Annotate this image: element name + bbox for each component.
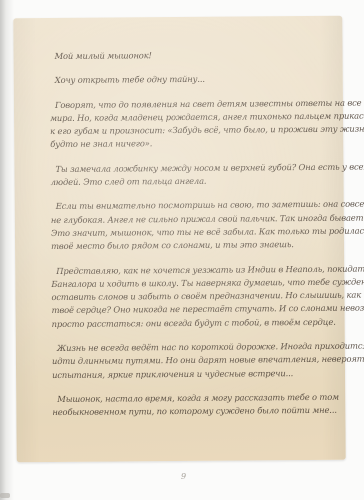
letter-line: Ты замечала ложбинку между носом и верхн… (50, 161, 329, 176)
letter-line: людей. Это след от пальца ангела. (51, 174, 330, 189)
letter-line: Мой милый мышонок! (50, 48, 329, 63)
letter-line: необыкновенном пути, по которому суждено… (52, 404, 331, 419)
letter-paragraph-india: Представляю, как не хочется уезжать из И… (51, 262, 331, 331)
page-number: 9 (181, 472, 186, 481)
photo-left-shadow (0, 0, 14, 500)
letter-body: Мой милый мышонок! Хочу открыть тебе одн… (13, 16, 345, 420)
letter-paragraph-greeting: Мой милый мышонок! (50, 48, 329, 63)
letter-line: будто не знал ничего». (50, 136, 329, 151)
letter-paragraph-not-forgotten: Если ты внимательно посмотришь на свою, … (51, 198, 330, 253)
letter-paragraph-long-road: Жизнь не всегда ведёт нас по короткой до… (52, 340, 331, 382)
scan-smudge (0, 493, 10, 498)
letter-paragraph-intro: Хочу открыть тебе одну тайну... (50, 72, 329, 87)
letter-line: просто расстаться: они всегда будут с то… (52, 316, 331, 331)
letter-paragraph-angel-tale: Говорят, что до появления на свет детям … (50, 96, 329, 151)
letter-line: Хочу открыть тебе одну тайну... (50, 72, 329, 87)
letter-sheet: Мой милый мышонок! Хочу открыть тебе одн… (13, 16, 345, 463)
letter-paragraph-philtrum: Ты замечала ложбинку между носом и верхн… (50, 161, 329, 190)
letter-paragraph-closing: Мышонок, настало время, когда я могу рас… (52, 391, 331, 420)
letter-line: твоё место было рядом со слонами, и ты э… (51, 238, 330, 253)
letter-line: испытания, яркие приключения и чудесные … (52, 366, 331, 381)
